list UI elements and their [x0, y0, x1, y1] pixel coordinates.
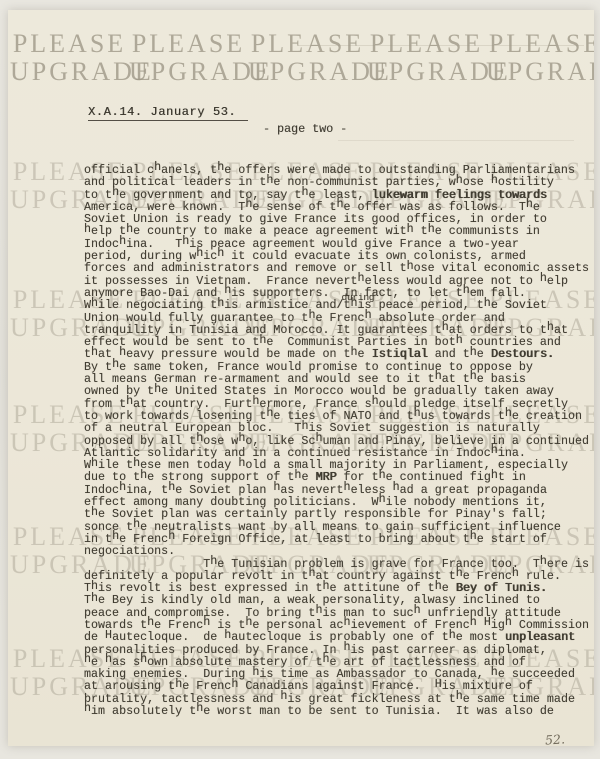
doc-line: him absolutely the worst man to be sent …	[84, 705, 600, 717]
doc-line: negociations.	[84, 545, 600, 557]
document-reference: X.A.14. January 53.	[88, 105, 248, 121]
scanned-page: PLEASEUPGRADEPLEASEUPGRADEPLEASEUPGRADEP…	[0, 0, 600, 759]
page-number-annotation: 52.	[545, 731, 566, 747]
doc-line: The Tunisian problem is grave for France…	[84, 558, 600, 570]
paper-sheet: PLEASEUPGRADEPLEASEUPGRADEPLEASEUPGRADEP…	[8, 10, 594, 746]
doc-line: The Bey is kindly old man, a weak person…	[84, 594, 600, 606]
page-label: - page two -	[263, 122, 347, 136]
doc-line: that heavy pressure would be made on the…	[84, 348, 600, 360]
doc-line: Union would fully guarantee to the Frenc…	[84, 312, 600, 324]
doc-line: forces and administrators and remove or …	[84, 262, 600, 274]
doc-line: due to the strong support of the MRP for…	[84, 471, 600, 483]
doc-line: While negociating this armistice and/dur…	[84, 299, 600, 311]
typed-content: X.A.14. January 53. - page two - officia…	[8, 10, 594, 746]
doc-line: opposed by all those who, like Schuman a…	[84, 435, 600, 447]
doc-line: at arousing the French Canadians against…	[84, 680, 600, 692]
doc-line: of a neutral European bloc. This Soviet …	[84, 422, 600, 434]
doc-line: owned by the United States in Morocco wo…	[84, 385, 600, 397]
doc-line: de Hautecloque. de hautecloque is probab…	[84, 631, 600, 643]
doc-line: the Soviet plan was certainly partly res…	[84, 508, 600, 520]
document-body: official chanels, the offers were made t…	[84, 164, 600, 717]
doc-line: help the country to make a peace agreeme…	[84, 225, 600, 237]
